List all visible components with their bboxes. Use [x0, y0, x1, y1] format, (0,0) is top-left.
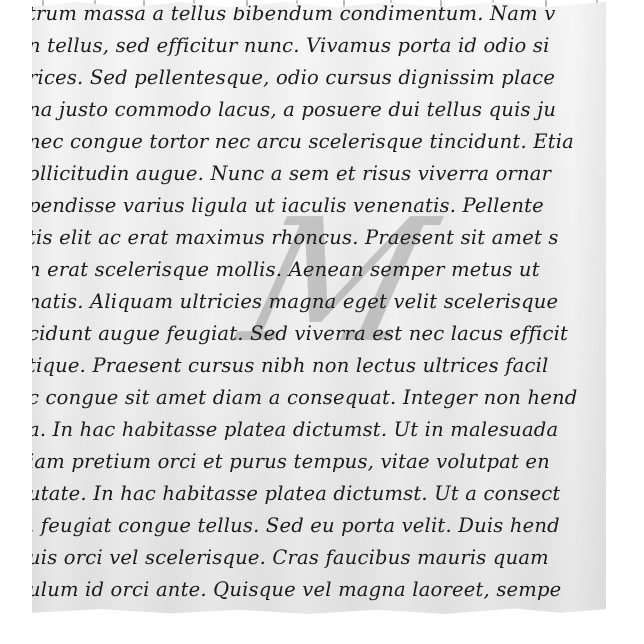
text-line: n erat scelerisque mollis. Aenean semper…: [32, 258, 540, 282]
shower-curtain: M trum massa a tellus bibendum condiment…: [32, 2, 606, 614]
text-line: natis. Aliquam ultricies magna eget veli…: [32, 290, 558, 314]
text-line: ulum id orci ante. Quisque vel magna lao…: [32, 578, 561, 602]
text-line: uis orci vel scelerisque. Cras faucibus …: [32, 546, 549, 570]
text-line: iam pretium orci et purus tempus, vitae …: [32, 450, 550, 474]
text-line: na justo commodo lacus, a posuere dui te…: [32, 98, 556, 122]
text-line: utate. In hac habitasse platea dictumst.…: [32, 482, 560, 506]
text-line: ollicitudin augue. Nunc a sem et risus v…: [32, 162, 551, 186]
product-image: M trum massa a tellus bibendum condiment…: [0, 0, 644, 644]
curtain-hook-icon: [343, 0, 345, 7]
curtain-hook-icon: [545, 0, 547, 7]
text-line: trum massa a tellus bibendum condimentum…: [32, 2, 555, 26]
text-line: a. In hac habitasse platea dictumst. Ut …: [32, 418, 558, 442]
text-line: pendisse varius ligula ut iaculis venena…: [32, 194, 544, 218]
text-line: c congue sit amet diam a consequat. Inte…: [32, 386, 577, 410]
text-line: tis elit ac erat maximus rhoncus. Praese…: [32, 226, 559, 250]
text-line: cidunt augue feugiat. Sed viverra est ne…: [32, 322, 568, 346]
text-line: tique. Praesent cursus nibh non lectus u…: [32, 354, 548, 378]
text-line: , feugiat congue tellus. Sed eu porta ve…: [32, 514, 560, 538]
text-line: n tellus, sed efficitur nunc. Vivamus po…: [32, 34, 550, 58]
text-line: rices. Sed pellentesque, odio cursus dig…: [32, 66, 555, 90]
curtain-hook-icon: [440, 0, 442, 7]
text-line: nec congue tortor nec arcu scelerisque t…: [32, 130, 574, 154]
